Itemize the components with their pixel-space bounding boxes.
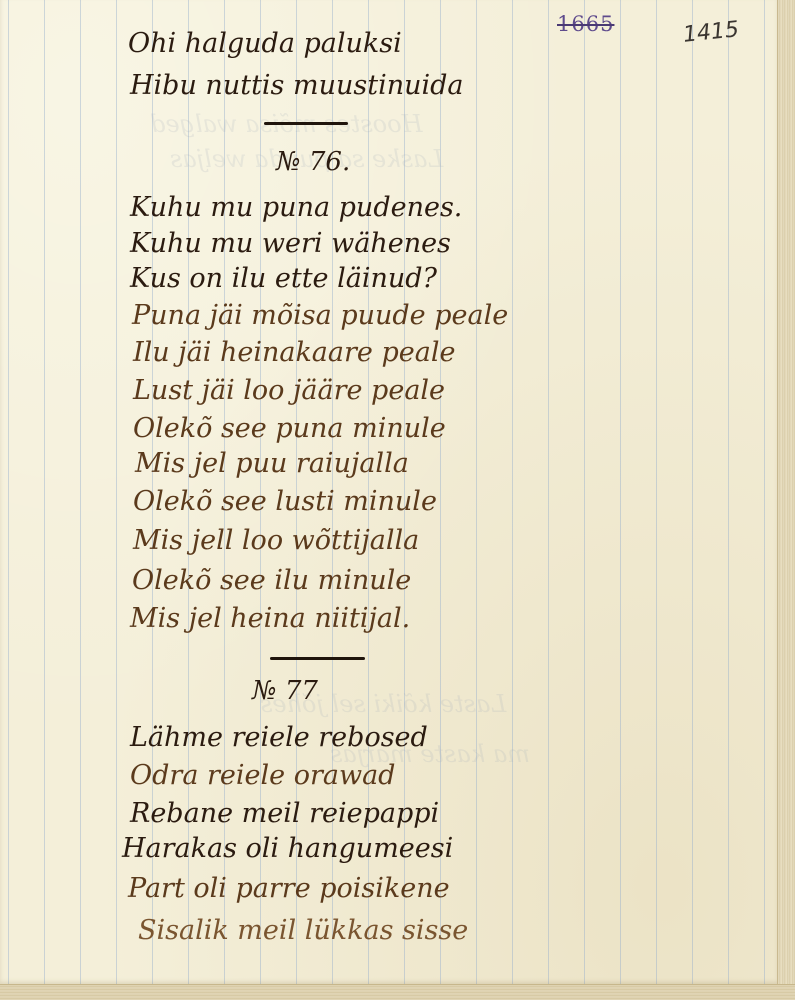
song-76-line: Mis jell loo wõttijalla	[133, 525, 419, 557]
song-77-line: Harakas oli hangumeesi	[122, 833, 453, 865]
continuation-line: Ohi halguda paluksi	[128, 28, 402, 60]
page-number: 1415	[682, 17, 740, 48]
manuscript-page: Hoostes mõisa walged Laske sa puuda welj…	[0, 0, 778, 985]
song-77-line: Sisalik meil lükkas sisse	[138, 915, 468, 947]
song-76-line: Ilu jäi heinakaare peale	[133, 337, 455, 369]
song-76-line: Mis jel heina niitijal.	[130, 603, 410, 635]
song-76-line: Olekõ see puna minule	[133, 413, 446, 445]
song-76-line: Olekõ see lusti minule	[133, 486, 437, 518]
song-77-line: Part oli parre poisikene	[128, 873, 450, 905]
song-76-line: Kus on ilu ette läinud?	[130, 263, 437, 295]
song-76-number: № 76.	[276, 147, 350, 177]
page-stack-edge-bottom	[0, 984, 795, 1000]
song-77-line: Odra reiele orawad	[130, 760, 395, 792]
song-77-line: Lähme reiele rebosed	[130, 722, 428, 754]
song-76-line: Puna jäi mõisa puude peale	[132, 300, 508, 332]
song-76-line: Mis jel puu raiujalla	[135, 448, 409, 480]
song-76-line: Kuhu mu puna pudenes.	[130, 192, 462, 224]
section-divider	[264, 122, 348, 125]
song-77-number: № 77	[252, 676, 318, 706]
song-76-line: Lust jäi loo jääre peale	[133, 375, 445, 407]
page-stack-edge-right	[777, 0, 795, 1000]
song-76-line: Kuhu mu weri wähenes	[130, 228, 451, 260]
continuation-line: Hibu nuttis muustinuida	[130, 70, 464, 102]
archive-number-struck: 1665	[557, 12, 614, 36]
song-76-line: Olekõ see ilu minule	[132, 565, 411, 597]
song-77-line: Rebane meil reiepappi	[130, 798, 439, 830]
section-divider	[270, 657, 365, 660]
